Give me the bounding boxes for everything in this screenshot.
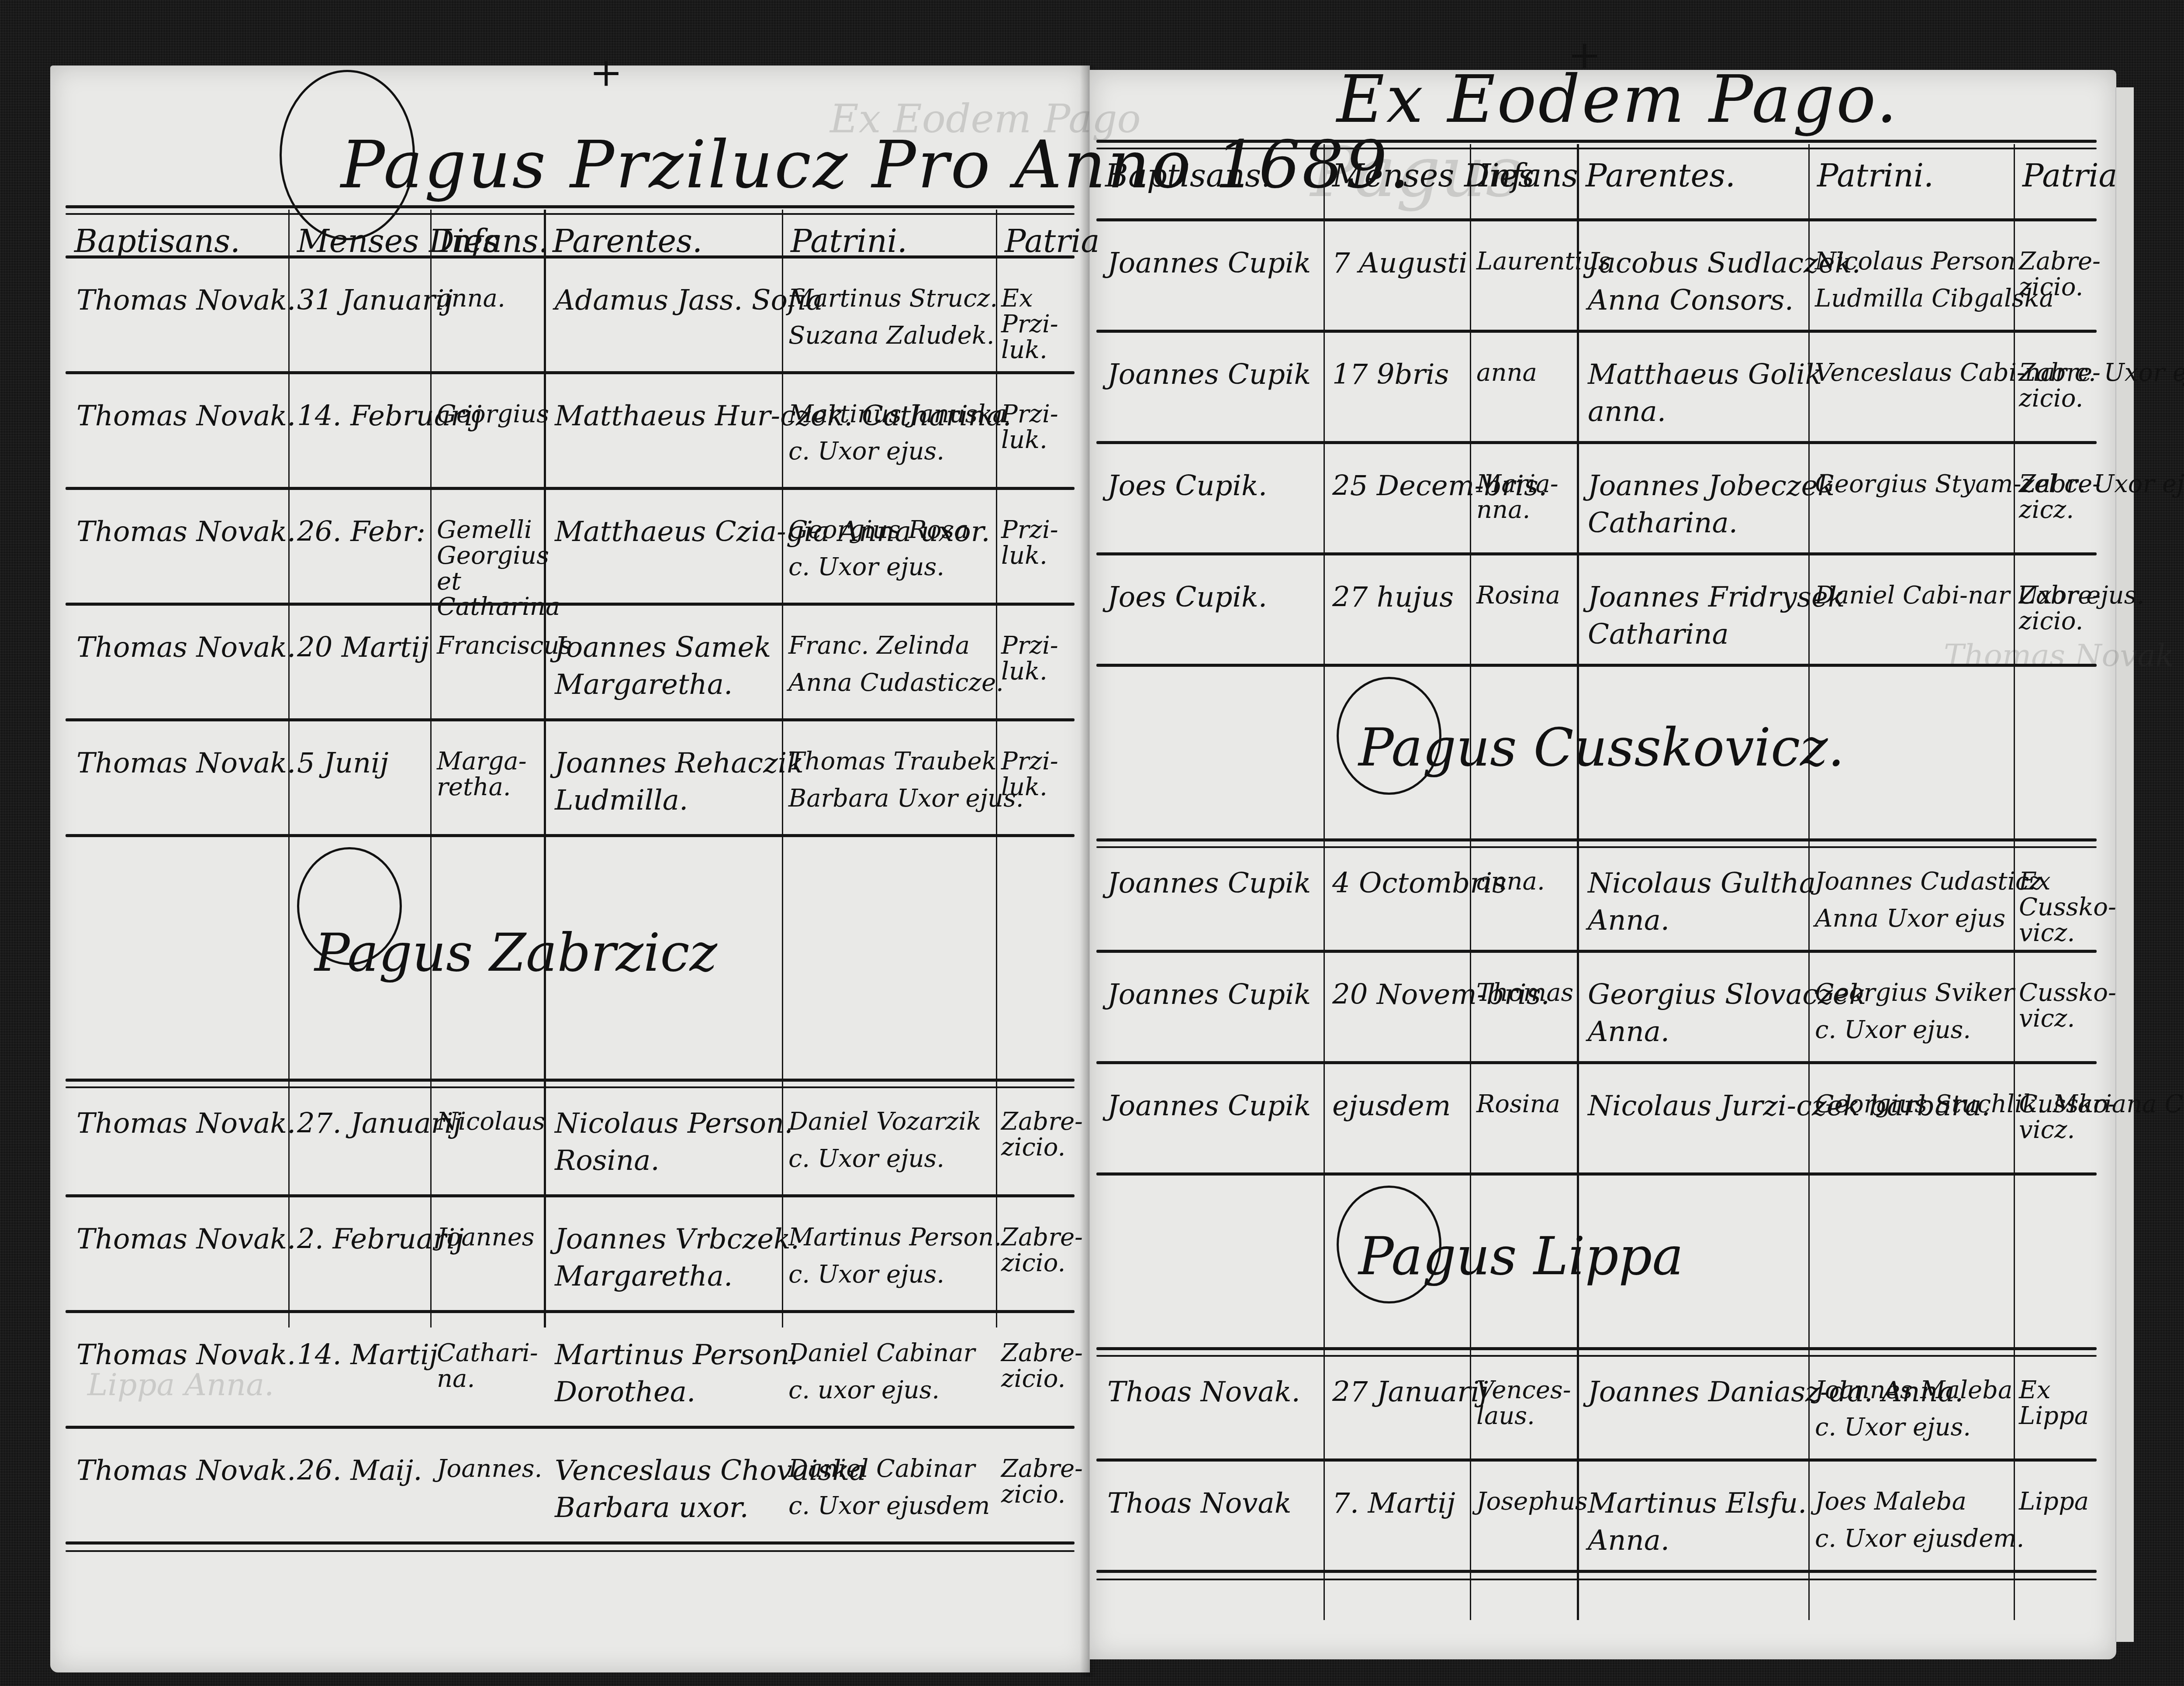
entry-parentes: Martinus Elsfu. [1588,1489,1807,1518]
row-rule [66,1426,1075,1429]
entry-baptisans: Thomas Novak. [76,633,296,662]
row-rule [66,1541,1075,1545]
entry-date: 20 Martij [297,633,429,662]
entry-parentes: Anna Consors. [1588,286,1794,315]
table-end-rule [66,1550,1075,1552]
entry-parentes: Catharina [1588,620,1729,649]
entry-patrini: Anna Cudasticze. [788,670,1004,696]
entry-parentes: Nicolaus Gultha [1588,869,1816,898]
row-rule [66,1194,1075,1197]
entry-patrini: Joannes Maleba [1815,1378,2012,1403]
column-divider [544,210,546,1327]
row-rule [1096,1570,2097,1573]
entry-infans: Marga-retha. [437,749,539,800]
entry-baptisans: Joannes Cupik [1107,360,1311,390]
row-rule [1096,441,2097,444]
entry-baptisans: Joannes Cupik [1107,249,1311,278]
entry-patria: Zabre-zicio. [1001,1456,1073,1508]
row-rule [1096,552,2097,555]
entry-patria: Cussko-vicz. [2019,980,2095,1032]
entry-infans: Josephus [1476,1489,1572,1515]
entry-parentes: Barbara uxor. [555,1493,749,1523]
entry-infans: anna. [1476,869,1572,895]
entry-patrini: Daniel Cabinar [788,1456,975,1482]
column-divider [1577,144,1579,1620]
entry-patrini: Nicolaus Person [1815,249,2015,275]
entry-patrini: Martinus Strucz. [788,286,998,312]
entry-infans: Thomas [1476,980,1572,1006]
entry-patria: Cussko-vicz. [2019,1092,2095,1143]
entry-infans: Joannes. [437,1456,539,1482]
entry-date: 7. Martij [1332,1489,1455,1518]
column-header: Infans. [439,225,549,258]
header-rule-bottom [1096,218,2097,221]
entry-parentes: Joannes Jobeczek [1588,472,1835,501]
section-rule-2 [1096,1355,2097,1357]
entry-parentes: Joannes Rehaczik [555,749,804,778]
row-rule [1096,664,2097,667]
entry-date: 17 9bris [1332,360,1449,390]
header-rule-top [66,205,1075,208]
row-rule [1096,1172,2097,1176]
row-rule [66,487,1075,490]
entry-parentes: Matthaeus Golik [1588,360,1822,390]
entry-parentes: Ludmilla. [555,786,688,815]
column-header: Baptisans. [74,225,240,258]
entry-infans: Vences-laus. [1476,1378,1572,1429]
cross-mark: + [590,52,622,94]
entry-patria: Ex Lippa [2019,1378,2095,1429]
entry-patrini: Joannes Cudasticz [1815,869,2042,895]
entry-patria: Lippa [2019,1489,2095,1515]
entry-patrini: Venceslaus Cabi-nar c. Uxor ejus. [1815,360,2184,386]
entry-parentes: Anna. [1588,906,1669,935]
section-rule-2 [66,1086,1075,1088]
entry-patrini: Georgius Sviker [1815,980,2014,1006]
entry-baptisans: Thomas Novak. [76,1341,296,1370]
entry-patrini: c. Uxor ejus. [788,1262,944,1288]
entry-infans: anna. [437,286,539,312]
entry-patrini: Franc. Zelinda [788,633,970,659]
section-rule [1096,1347,2097,1350]
entry-infans: Rosina [1476,583,1572,609]
header-rule-top-2 [66,213,1075,215]
entry-date: ejusdem [1332,1092,1451,1121]
entry-patrini: Martinus Person. [788,1225,1002,1251]
row-rule [66,718,1075,721]
entry-baptisans: Thomas Novak. [76,1456,296,1486]
entry-infans: anna [1476,360,1572,386]
entry-patria: Przi-luk. [1001,402,1073,453]
entry-patrini: Daniel Cabinar [788,1341,975,1366]
table-end-rule [1096,1579,2097,1580]
header-rule-top-2 [1096,148,2097,149]
column-header: Infans [1479,159,1578,193]
column-divider [1324,144,1325,1620]
row-rule [1096,1061,2097,1064]
entry-infans: Laurentius [1476,249,1572,275]
entry-parentes: Anna. [1588,1526,1669,1555]
row-rule [1096,330,2097,333]
entry-parentes: Joannes Vrbczek. [555,1225,799,1254]
entry-date: 7 Augusti [1332,249,1468,278]
entry-infans: Nicolaus [437,1109,539,1135]
entry-baptisans: Thoas Novak. [1107,1378,1300,1407]
entry-patrini: c. Uxor ejusdem [788,1493,990,1519]
column-header: Patria [1005,225,1099,258]
entry-patrini: c. Uxor ejus. [1815,1017,1971,1043]
entry-patrini: Georgius Stuchlik. Mariana Cu-dastova. [1815,1092,2184,1117]
entry-patrini: Ludmilla Cibgalska [1815,286,2054,312]
entry-patria: Ex Cussko-vicz. [2019,869,2095,946]
section-rule-2 [1096,846,2097,848]
entry-patrini: c. Uxor ejusdem. [1815,1526,2024,1552]
entry-parentes: Rosina. [555,1146,660,1176]
entry-baptisans: Joes Cupik. [1107,583,1267,612]
section-heading: Pagus Cusskovicz. [1358,721,1845,776]
entry-infans: Franciscus [437,633,539,659]
entry-date: 27 Januarij [1332,1378,1488,1407]
entry-parentes: Joannes Samek [555,633,771,662]
entry-patrini: Daniel Vozarzik [788,1109,981,1135]
entry-parentes: Margaretha. [555,1262,733,1291]
column-header: Baptisans. [1105,159,1271,193]
column-header: Patrini. [1817,159,1934,193]
entry-patrini: Anna Uxor ejus [1815,906,2005,932]
entry-patria: Zabre-zicio. [1001,1225,1073,1276]
entry-patrini: c. Uxor ejus. [788,439,944,465]
entry-patrini: Georgius Styam-zel c. Uxor ejus [1815,472,2184,497]
entry-baptisans: Joes Cupik. [1107,472,1267,501]
entry-patrini: Thomas Traubek [788,749,997,775]
entry-patria: Przi-luk. [1001,517,1073,569]
section-heading: Pagus Zabrzicz [314,926,717,981]
row-rule [66,371,1075,374]
column-header: Parentes. [553,225,702,258]
entry-baptisans: Thomas Novak. [76,1109,296,1138]
entry-patria: Przi-luk. [1001,633,1073,685]
entry-date: 27 hujus [1332,583,1454,612]
entry-patrini: c. Uxor ejus. [788,555,944,580]
entry-parentes: Margaretha. [555,670,733,700]
entry-infans: Cathari-na. [437,1341,539,1392]
entry-infans: Georgius [437,402,539,428]
column-header: Parentes. [1586,159,1735,193]
column-divider [430,210,432,1327]
entry-date: 5 Junij [297,749,388,778]
entry-baptisans: Thomas Novak. [76,1225,296,1254]
entry-parentes: anna. [1588,397,1666,427]
section-rule [66,1079,1075,1082]
header-rule-top [1096,140,2097,143]
header-rule-bottom [66,255,1075,259]
entry-baptisans: Thomas Novak. [76,749,296,778]
entry-date: 26. Maij. [297,1456,422,1486]
section-heading: Pagus Lippa [1358,1229,1683,1284]
entry-patrini: c. Uxor ejus. [1815,1415,1971,1441]
entry-patria: Przi-luk. [1001,749,1073,800]
column-header: Patria [2022,159,2117,193]
entry-patria: Zabre-zicz. [2019,472,2095,523]
entry-parentes: Dorothea. [555,1378,695,1407]
section-rule [1096,838,2097,841]
entry-parentes: Nicolaus Person. [555,1109,793,1138]
entry-patrini: Suzana Zaludek. [788,323,995,349]
entry-date: 26. Febr: [297,517,425,547]
entry-infans: Maria-nna. [1476,472,1572,523]
entry-patria: Zabre-zicio. [2019,583,2095,634]
entry-baptisans: Thoas Novak [1107,1489,1291,1518]
entry-patria: Zabre-zicio. [2019,249,2095,300]
row-rule [1096,950,2097,953]
row-rule [66,834,1075,837]
column-header: Patrini. [791,225,907,258]
entry-baptisans: Thomas Novak. [76,402,296,431]
entry-patria: Zabre-zicio. [1001,1109,1073,1161]
entry-infans: Rosina [1476,1092,1572,1117]
entry-baptisans: Joannes Cupik [1107,980,1311,1010]
page-title: Ex Eodem Pago. [1337,66,1899,134]
entry-patrini: c. uxor ejus. [788,1378,940,1403]
entry-baptisans: Joannes Cupik [1107,869,1311,898]
entry-patria: Zabre-zicio. [1001,1341,1073,1392]
row-rule [66,603,1075,606]
entry-date: 31 Januarij [297,286,453,315]
entry-parentes: Adamus Jass. Sofia [555,286,823,315]
entry-baptisans: Joannes Cupik [1107,1092,1311,1121]
row-rule [66,1310,1075,1313]
entry-baptisans: Thomas Novak. [76,286,296,315]
entry-patria: Zabre-zicio. [2019,360,2095,412]
entry-parentes: Anna. [1588,1017,1669,1047]
entry-patrini: Barbara Uxor ejus. [788,786,1024,812]
entry-baptisans: Thomas Novak. [76,517,296,547]
entry-parentes: Catharina. [1588,509,1738,538]
entry-parentes: Joannes Fridrysek [1588,583,1845,612]
entry-date: 14. Martij [297,1341,438,1370]
entry-parentes: Martinus Person. [555,1341,798,1370]
entry-patrini: Joes Maleba [1815,1489,1966,1515]
row-rule [1096,1458,2097,1462]
entry-patrini: c. Uxor ejus. [788,1146,944,1172]
entry-infans: Joannes [437,1225,539,1251]
entry-patrini: Georgius Rosa [788,517,969,543]
entry-patria: Ex Przi-luk. [1001,286,1073,363]
entry-patrini: Martinus Januska [788,402,1007,428]
